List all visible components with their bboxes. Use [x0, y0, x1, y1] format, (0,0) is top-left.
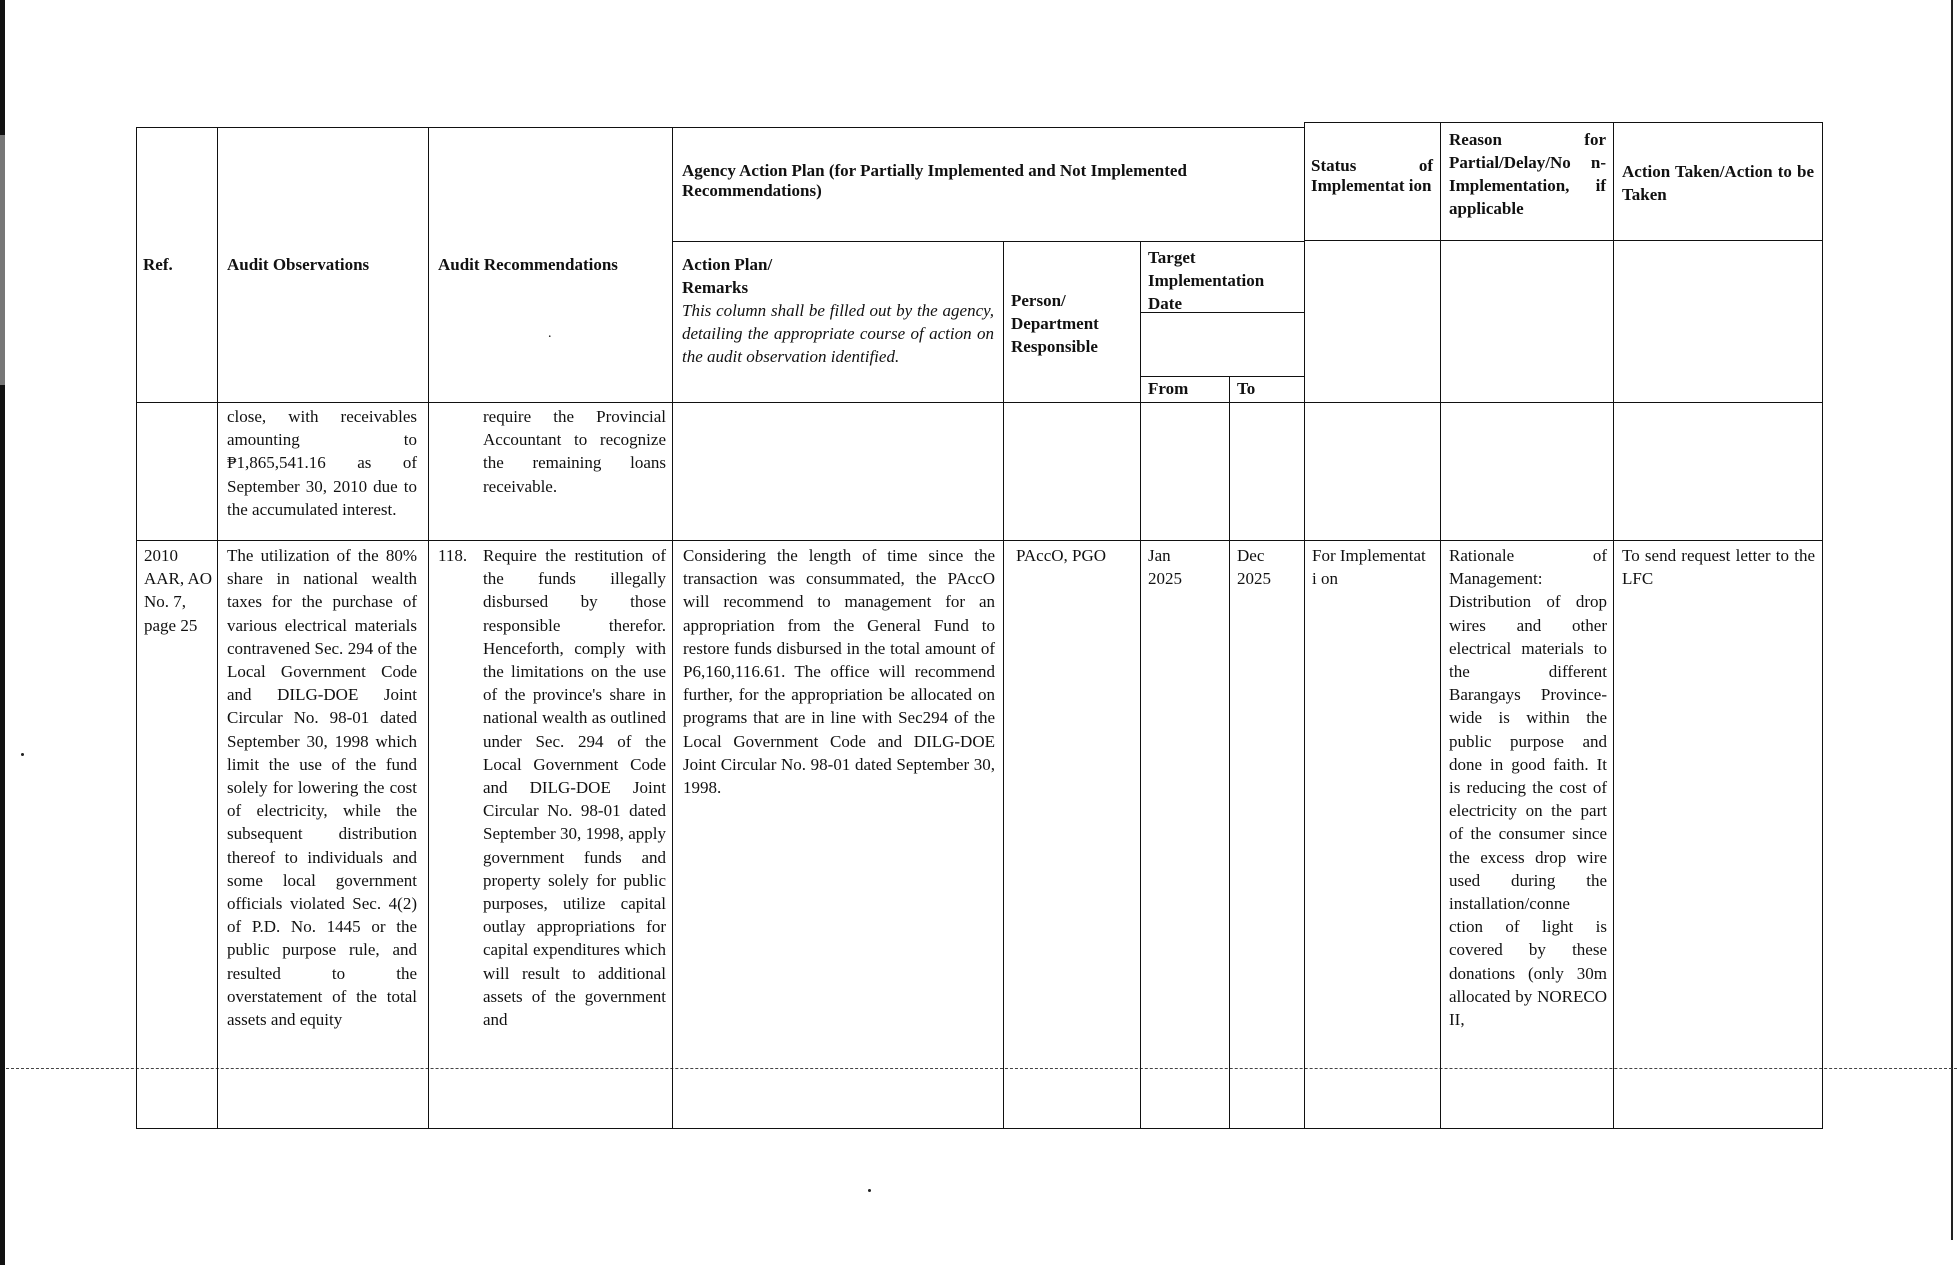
row-2-recommendation-number: 118. — [438, 544, 482, 567]
header-action-taken: Action Taken/Action to be Taken — [1622, 160, 1814, 206]
header-agency-action-plan: Agency Action Plan (for Partially Implem… — [682, 161, 1297, 201]
row-2-to: Dec 2025 — [1237, 544, 1292, 590]
col-border-10 — [1822, 122, 1823, 1129]
row-2-person: PAccO, PGO — [1016, 544, 1136, 567]
col-border-3 — [672, 127, 673, 1129]
row-2-action-taken: To send request letter to the LFC — [1622, 544, 1815, 590]
col-border-7 — [1304, 122, 1305, 1129]
header-divider-right — [1440, 240, 1823, 241]
table-border-top — [136, 127, 1304, 128]
row-1-recommendation: require the Provincial Accountant to rec… — [483, 405, 666, 498]
table-border-bottom — [136, 1128, 1823, 1129]
scan-edge-right — [1951, 0, 1953, 1240]
stray-mark — [868, 1189, 871, 1192]
table-border-top-right — [1304, 122, 1823, 123]
header-ref: Ref. — [143, 255, 213, 275]
row-2-from: Jan 2025 — [1148, 544, 1203, 590]
page-fold-line — [6, 1068, 1957, 1069]
row-2-reason: Rationale of Management: Distribution of… — [1449, 544, 1607, 1031]
row-1-observation: close, with receivables amounting to ₱1,… — [227, 405, 417, 521]
col-border-0 — [136, 127, 137, 1129]
col-border-8 — [1440, 122, 1441, 1129]
col-border-2 — [428, 127, 429, 1129]
col-border-6 — [1229, 376, 1230, 1129]
row-1-bottom-border — [136, 540, 1823, 541]
header-reason: Reason for Partial/Delay/No n-Implementa… — [1449, 128, 1606, 220]
row-2-observation: The utilization of the 80% share in nati… — [227, 544, 417, 1031]
stray-mark — [21, 753, 24, 756]
header-divider-target — [1140, 312, 1304, 313]
col-border-5 — [1140, 241, 1141, 1129]
header-audit-observations: Audit Observations — [227, 255, 427, 275]
header-action-plan-instruction: This column shall be filled out by the a… — [682, 299, 994, 368]
header-bottom-border — [136, 402, 1823, 403]
header-action-plan-title: Action Plan/ — [682, 253, 994, 276]
row-2-ref: 2010 AAR, AO No. 7, page 25 — [144, 544, 212, 637]
header-person-department: Person/ Department Responsible — [1011, 289, 1136, 358]
header-divider-status — [1304, 240, 1440, 241]
row-2-recommendation: Require the restitution of the funds ill… — [483, 544, 666, 1031]
row-2-action-plan: Considering the length of time since the… — [683, 544, 995, 799]
header-dot: . — [548, 322, 558, 345]
header-divider-agency — [672, 241, 1304, 242]
header-divider-from-to — [1140, 376, 1304, 377]
scan-edge-left-light — [0, 135, 5, 385]
header-from: From — [1148, 379, 1228, 399]
row-2-status: For Implementati on — [1312, 544, 1430, 590]
col-border-1 — [217, 127, 218, 1129]
header-action-plan-remarks: Action Plan/ Remarks This column shall b… — [682, 253, 994, 368]
header-remarks-title: Remarks — [682, 276, 994, 299]
header-status: Status of Implementat ion — [1311, 156, 1433, 196]
col-border-4 — [1003, 241, 1004, 1129]
header-target-date: Target Implementation Date — [1148, 246, 1298, 315]
header-to: To — [1237, 379, 1297, 399]
header-audit-recommendations: Audit Recommendations — [438, 255, 670, 275]
col-border-9 — [1613, 122, 1614, 1129]
